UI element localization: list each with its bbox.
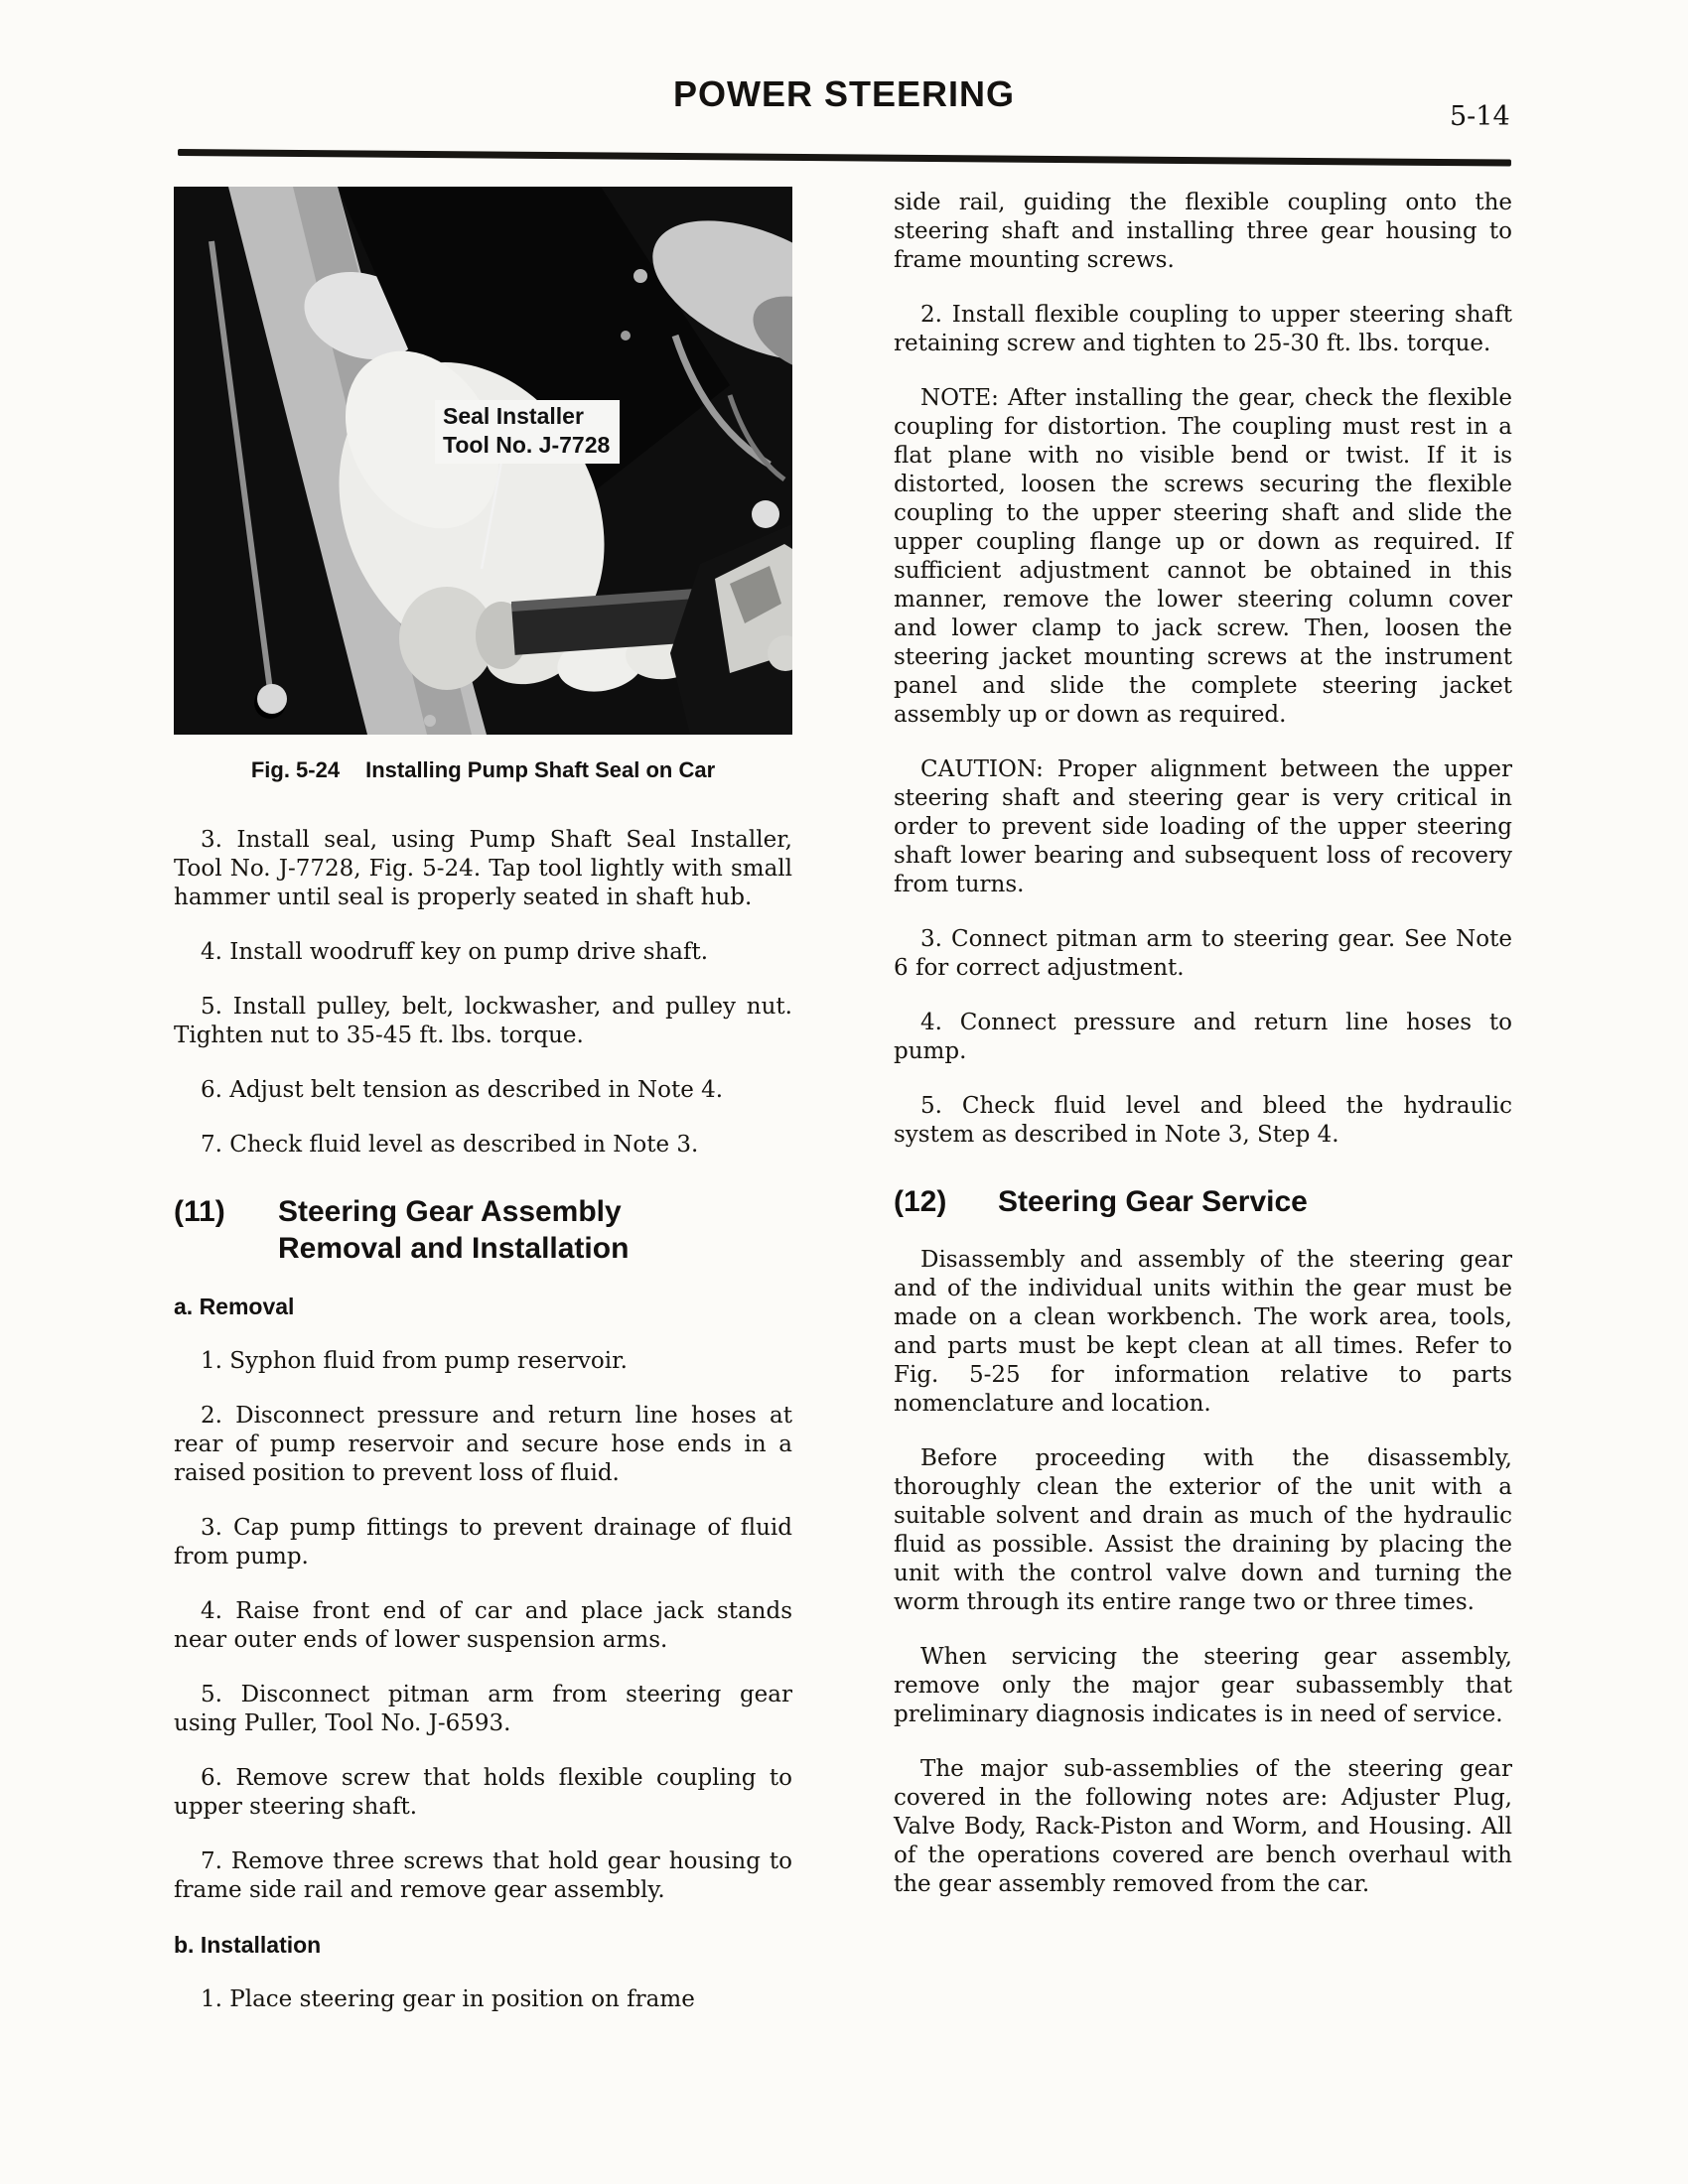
body-paragraph: 5. Disconnect pitman arm from steering g…	[174, 1681, 792, 1738]
left-column: Seal Installer Tool No. J-7728 Fig. 5-24…	[174, 187, 792, 2040]
body-paragraph: 3. Install seal, using Pump Shaft Seal I…	[174, 826, 792, 912]
body-paragraph: 5. Install pulley, belt, lockwasher, and…	[174, 993, 792, 1050]
right-column: side rail, guiding the flexible coupling…	[894, 189, 1512, 1925]
section-11-heading: (11) Steering Gear Assembly Removal and …	[174, 1193, 792, 1267]
section-11-title-line1: Steering Gear Assembly	[278, 1193, 629, 1230]
note-paragraph: NOTE: After installing the gear, check t…	[894, 384, 1512, 730]
body-paragraph: 7. Check fluid level as described in Not…	[174, 1131, 792, 1160]
manual-page: POWER STEERING 5-14	[0, 0, 1688, 2184]
body-paragraph: When servicing the steering gear assembl…	[894, 1643, 1512, 1729]
section-12-number: (12)	[894, 1183, 998, 1220]
body-paragraph: 1. Place steering gear in position on fr…	[174, 1985, 792, 2014]
body-paragraph: 4. Raise front end of car and place jack…	[174, 1597, 792, 1655]
subsection-a-heading: a. Removal	[174, 1293, 792, 1320]
body-paragraph: 1. Syphon fluid from pump reservoir.	[174, 1347, 792, 1376]
body-paragraph: 3. Connect pitman arm to steering gear. …	[894, 925, 1512, 983]
body-paragraph: The major sub-assemblies of the steering…	[894, 1755, 1512, 1899]
body-paragraph: 6. Remove screw that holds flexible coup…	[174, 1764, 792, 1822]
body-paragraph: 7. Remove three screws that hold gear ho…	[174, 1847, 792, 1905]
body-paragraph: 2. Install flexible coupling to upper st…	[894, 301, 1512, 358]
figure-photo: Seal Installer Tool No. J-7728	[174, 187, 792, 735]
figure-callout-line2: Tool No. J-7728	[443, 431, 610, 460]
body-paragraph: side rail, guiding the flexible coupling…	[894, 189, 1512, 275]
section-11-title: Steering Gear Assembly Removal and Insta…	[278, 1193, 629, 1267]
subsection-b-heading: b. Installation	[174, 1931, 792, 1959]
figure-caption: Fig. 5-24Installing Pump Shaft Seal on C…	[174, 756, 792, 783]
page-number: 5-14	[1450, 101, 1510, 132]
section-11-number: (11)	[174, 1193, 278, 1267]
figure-callout-label: Seal Installer Tool No. J-7728	[435, 400, 620, 464]
figure-callout-line1: Seal Installer	[443, 402, 610, 431]
body-paragraph: 6. Adjust belt tension as described in N…	[174, 1076, 792, 1105]
body-paragraph: Disassembly and assembly of the steering…	[894, 1246, 1512, 1419]
body-paragraph: 2. Disconnect pressure and return line h…	[174, 1402, 792, 1488]
body-paragraph: 3. Cap pump fittings to prevent drainage…	[174, 1514, 792, 1571]
body-paragraph: Before proceeding with the disassembly, …	[894, 1444, 1512, 1617]
body-paragraph: 5. Check fluid level and bleed the hydra…	[894, 1092, 1512, 1150]
header-rule	[178, 149, 1511, 167]
page-title: POWER STEERING	[0, 73, 1688, 115]
body-paragraph: 4. Install woodruff key on pump drive sh…	[174, 938, 792, 967]
figure-caption-number: Fig. 5-24	[251, 757, 340, 782]
caution-paragraph: CAUTION: Proper alignment between the up…	[894, 755, 1512, 899]
figure-caption-text: Installing Pump Shaft Seal on Car	[365, 757, 715, 782]
section-11-title-line2: Removal and Installation	[278, 1230, 629, 1267]
body-paragraph: 4. Connect pressure and return line hose…	[894, 1009, 1512, 1066]
section-12-heading: (12) Steering Gear Service	[894, 1183, 1512, 1220]
section-12-title: Steering Gear Service	[998, 1183, 1308, 1220]
